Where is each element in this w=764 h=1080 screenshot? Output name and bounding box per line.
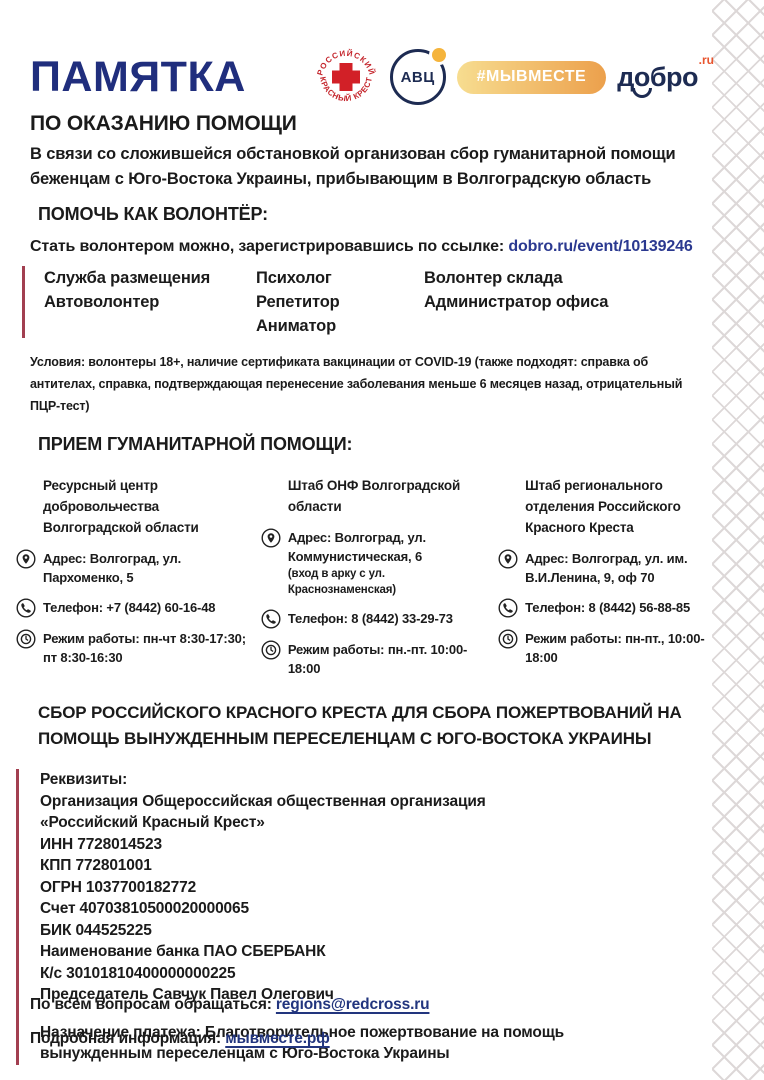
location-card-resource-center: Ресурсный центр добровольчества Волгогра… [16, 475, 251, 678]
phone-icon [498, 598, 518, 618]
donation-heading: СБОР РОССИЙСКОГО КРАСНОГО КРЕСТА ДЛЯ СБО… [38, 700, 688, 752]
requisite-line: БИК 044525225 [40, 920, 714, 942]
role-item: Автоволонтер [44, 290, 256, 314]
volunteer-roles-block: Служба размещения Автоволонтер Психолог … [22, 266, 714, 338]
role-item: Волонтер склада [424, 266, 608, 290]
location-schedule: Режим работы: пн-чт 8:30-17:30; пт 8:30-… [43, 629, 251, 667]
phone-icon [16, 598, 36, 618]
requisite-line: Наименование банка ПАО СБЕРБАНК [40, 941, 714, 963]
location-card-onf: Штаб ОНФ Волгоградской области Адрес: Во… [261, 475, 488, 678]
dobro-logo-tld: .ru [699, 53, 714, 67]
requisites-title: Реквизиты: [40, 769, 714, 791]
phone-icon [261, 609, 281, 629]
avc-logo-text: АВЦ [401, 69, 435, 86]
role-item: Аниматор [256, 314, 424, 338]
page-title: ПАМЯТКА [30, 56, 246, 99]
role-item: Репетитор [256, 290, 424, 314]
location-schedule: Режим работы: пн.-пт. 10:00- 18:00 [288, 640, 488, 678]
location-address-row: Адрес: Волгоград, ул. им. В.И.Ленина, 9,… [498, 549, 714, 587]
footer: По всем вопросам обращаться: regions@red… [30, 996, 429, 1048]
location-pin-icon [261, 528, 281, 548]
requisite-line: «Российский Красный Крест» [40, 812, 714, 834]
avc-logo-dot-icon [432, 48, 446, 62]
role-item: Служба размещения [44, 266, 256, 290]
volunteer-section-heading: ПОМОЧЬ КАК ВОЛОНТЁР: [38, 204, 714, 225]
location-address: Адрес: Волгоград, ул. им. В.И.Ленина, 9,… [525, 549, 714, 587]
location-address-note: (вход в арку с ул. Краснознаменская) [288, 566, 488, 598]
clock-icon [261, 640, 281, 660]
red-cross-logo: РОССИЙСКИЙ КРАСНЫЙ КРЕСТ [313, 44, 379, 110]
reception-section-heading: ПРИЕМ ГУМАНИТАРНОЙ ПОМОЩИ: [38, 434, 714, 455]
location-schedule: Режим работы: пн-пт., 10:00- 18:00 [525, 629, 714, 667]
page-subtitle: ПО ОКАЗАНИЮ ПОМОЩИ [30, 112, 714, 136]
location-address: Адрес: Волгоград, ул. Пархоменко, 5 [43, 549, 251, 587]
footer-info-line: Подробная информация: мывместе.рф [30, 1030, 429, 1048]
requisite-line: Счет 40703810500020000065 [40, 898, 714, 920]
location-schedule-row: Режим работы: пн-пт., 10:00- 18:00 [498, 629, 714, 667]
location-phone-row: Телефон: 8 (8442) 56-88-85 [498, 598, 714, 618]
footer-contact-label: По всем вопросам обращаться: [30, 996, 272, 1013]
intro-paragraph: В связи со сложившейся обстановкой орган… [30, 142, 694, 192]
dobro-logo: добро.ru [617, 62, 712, 93]
roles-column-3: Волонтер склада Администратор офиса [424, 266, 608, 338]
clock-icon [16, 629, 36, 649]
myvmeste-badge: #МЫВМЕСТЕ [457, 61, 607, 94]
dobro-event-link[interactable]: dobro.ru/event/10139246 [508, 238, 692, 255]
location-phone: Телефон: 8 (8442) 33-29-73 [288, 609, 453, 628]
register-label: Стать волонтером можно, зарегистрировавш… [30, 238, 504, 255]
location-name: Штаб регионального отделения Российского… [525, 475, 714, 538]
footer-contact-line: По всем вопросам обращаться: regions@red… [30, 996, 429, 1014]
myvmeste-badge-text: #МЫВМЕСТЕ [477, 68, 587, 86]
location-phone: Телефон: 8 (8442) 56-88-85 [525, 598, 690, 617]
location-pin-icon [16, 549, 36, 569]
requisite-line: Организация Общероссийская общественная … [40, 791, 714, 813]
location-phone-row: Телефон: +7 (8442) 60-16-48 [16, 598, 251, 618]
roles-column-2: Психолог Репетитор Аниматор [256, 266, 424, 338]
location-schedule-row: Режим работы: пн.-пт. 10:00- 18:00 [261, 640, 488, 678]
requisite-line: К/с 30101810400000000225 [40, 963, 714, 985]
location-phone: Телефон: +7 (8442) 60-16-48 [43, 598, 215, 617]
dobro-logo-text: добро [617, 62, 698, 92]
location-address-row: Адрес: Волгоград, ул. Коммунистическая, … [261, 528, 488, 598]
volunteer-register-line: Стать волонтером можно, зарегистрировавш… [30, 238, 714, 256]
requisite-line: ОГРН 1037700182772 [40, 877, 714, 899]
avc-logo: АВЦ [390, 49, 446, 105]
location-phone-row: Телефон: 8 (8442) 33-29-73 [261, 609, 488, 629]
location-address: Адрес: Волгоград, ул. Коммунистическая, … [288, 528, 488, 598]
location-schedule-row: Режим работы: пн-чт 8:30-17:30; пт 8:30-… [16, 629, 251, 667]
location-card-redcross-hq: Штаб регионального отделения Российского… [498, 475, 714, 678]
requisite-line: ИНН 7728014523 [40, 834, 714, 856]
roles-column-1: Служба размещения Автоволонтер [44, 266, 256, 338]
memo-page: ПАМЯТКА РОССИЙСКИЙ КРАСНЫЙ КРЕСТ АВЦ [0, 0, 764, 1080]
role-item: Психолог [256, 266, 424, 290]
location-pin-icon [498, 549, 518, 569]
diamond-lattice-border [712, 0, 764, 1080]
location-address-row: Адрес: Волгоград, ул. Пархоменко, 5 [16, 549, 251, 587]
info-site-link[interactable]: мывместе.рф [225, 1030, 329, 1047]
contact-email-link[interactable]: regions@redcross.ru [276, 996, 430, 1013]
location-name: Ресурсный центр добровольчества Волгогра… [43, 475, 251, 538]
location-name: Штаб ОНФ Волгоградской области [288, 475, 488, 517]
header: ПАМЯТКА РОССИЙСКИЙ КРАСНЫЙ КРЕСТ АВЦ [30, 44, 714, 110]
logo-row: РОССИЙСКИЙ КРАСНЫЙ КРЕСТ АВЦ #МЫВМЕСТЕ д… [313, 44, 714, 110]
footer-info-label: Подробная информация: [30, 1030, 221, 1047]
reception-locations: Ресурсный центр добровольчества Волгогра… [16, 475, 714, 678]
volunteer-conditions: Условия: волонтеры 18+, наличие сертифик… [30, 351, 714, 417]
requisite-line: КПП 772801001 [40, 855, 714, 877]
dobro-smile-icon [632, 88, 652, 98]
role-item: Администратор офиса [424, 290, 608, 314]
clock-icon [498, 629, 518, 649]
